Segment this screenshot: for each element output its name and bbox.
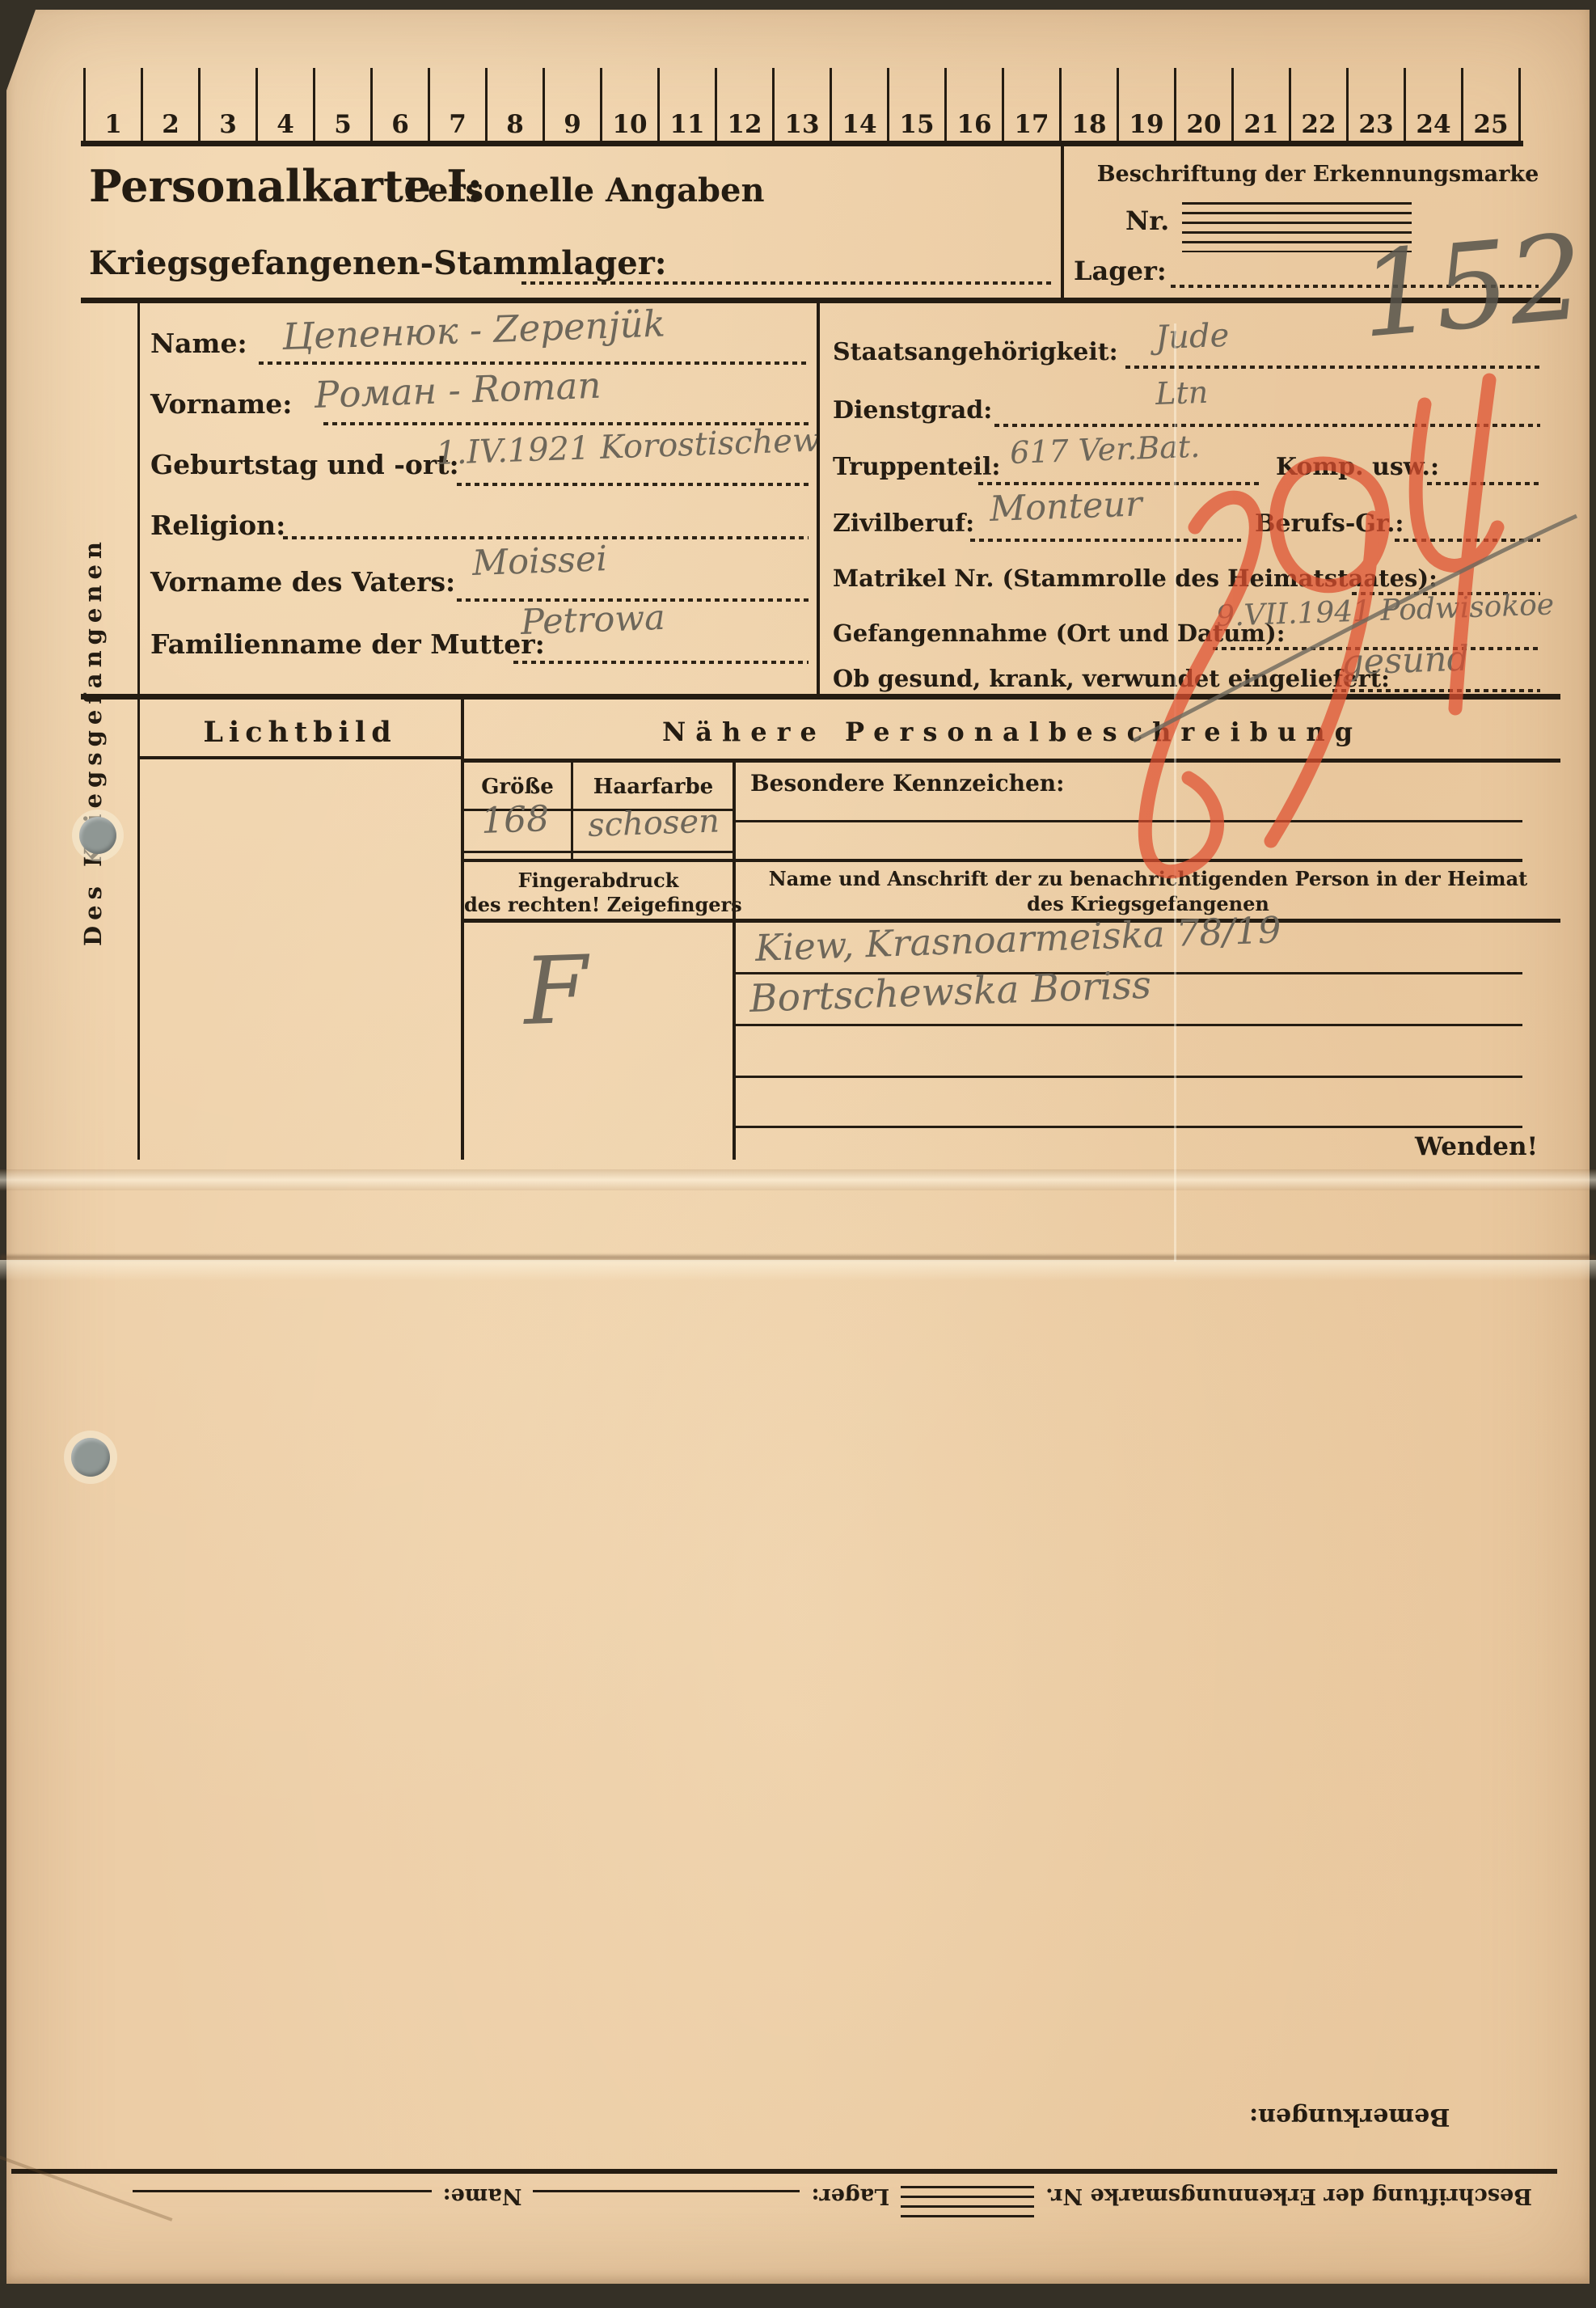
nr-label: Nr. <box>1125 205 1169 236</box>
zivilberuf-value: Monteur <box>989 484 1142 530</box>
flipped-footer: Beschriftung der Erkennungsmarke Nr. Lag… <box>77 2183 1532 2229</box>
strip-cell: 21 <box>1231 68 1289 141</box>
mutter-label: Familienname der Mutter: <box>150 628 545 660</box>
strip-cell: 24 <box>1404 68 1461 141</box>
dienstgrad-value: Ltn <box>1155 374 1208 412</box>
strip-cell: 2 <box>141 68 198 141</box>
gesund-label: Ob gesund, krank, verwundet eingeliefert… <box>833 665 1390 692</box>
name-label: Name: <box>150 328 247 359</box>
punch-hole-bottom <box>71 1438 110 1477</box>
flipped-erkennungsmarke-label: Beschriftung der Erkennungsmarke Nr. <box>1045 2183 1532 2209</box>
haarfarbe-label: Haarfarbe <box>574 775 733 799</box>
strip-cell: 1 <box>83 68 141 141</box>
strip-cell: 20 <box>1174 68 1231 141</box>
strip-cell: 23 <box>1346 68 1404 141</box>
dienstgrad-label: Dienstgrad: <box>833 396 992 425</box>
strip-cell: 14 <box>830 68 887 141</box>
contact-rule-3 <box>733 1076 1522 1078</box>
name-line <box>259 361 809 365</box>
strip-cell: 22 <box>1289 68 1346 141</box>
flipped-lager-label: Lager: <box>812 2183 890 2209</box>
komp-line <box>1427 482 1540 485</box>
strip-cell: 12 <box>715 68 772 141</box>
kennzeichen-rule-1 <box>733 820 1522 822</box>
vater-label: Vorname des Vaters: <box>150 566 455 598</box>
lichtbild-divider <box>461 700 464 1160</box>
personalbeschreibung-underline <box>464 759 1560 763</box>
strip-cell: 16 <box>944 68 1002 141</box>
strip-cell: 4 <box>255 68 313 141</box>
truppenteil-value: 617 Ver.Bat. <box>1009 429 1200 471</box>
left-rail-rule <box>137 303 140 1160</box>
contact-header-2: des Kriegsgefangenen <box>736 892 1560 915</box>
strip-cell: 18 <box>1059 68 1117 141</box>
scanned-pow-card: 1 2 3 4 5 6 7 8 9 10 11 12 13 14 15 16 1… <box>0 0 1596 2308</box>
contact-rule-2 <box>733 1024 1522 1026</box>
flipped-nr-lines <box>901 2183 1034 2217</box>
field-column-divider <box>817 303 820 694</box>
flipped-name-label: Name: <box>443 2183 522 2209</box>
religion-label: Religion: <box>150 509 285 541</box>
komp-label: Komp. usw.: <box>1276 453 1439 481</box>
lichtbild-underline <box>139 756 462 759</box>
geburtstag-label: Geburtstag und -ort: <box>150 449 459 480</box>
religion-line <box>283 536 809 539</box>
left-rail-text: Des Kriegsgefangenen <box>79 526 107 946</box>
lichtbild-label: Lichtbild <box>141 716 458 749</box>
zivilberuf-label: Zivilberuf: <box>833 509 974 538</box>
personalbeschreibung-label: Nähere Personalbeschreibung <box>464 716 1560 747</box>
truppenteil-label: Truppenteil: <box>833 453 1000 481</box>
fingerabdruck-label-2: des rechten! Zeigefingers <box>464 893 733 916</box>
mutter-value: Petrowa <box>520 598 665 643</box>
fields-bottom-rule <box>81 694 1560 700</box>
vorname-label: Vorname: <box>150 388 292 420</box>
wenden-label: Wenden! <box>1415 1132 1538 1161</box>
staats-value: Jude <box>1155 317 1230 357</box>
lager-label: Lager: <box>1074 256 1167 286</box>
camp-number-pencil: 152 <box>1354 209 1589 365</box>
flipped-lager-line <box>534 2190 800 2192</box>
groesse-value: 168 <box>480 798 550 842</box>
header-divider <box>1061 146 1064 299</box>
stammlager-line <box>521 281 1051 285</box>
berufsgr-line <box>1395 539 1540 542</box>
zivilberuf-line <box>970 539 1241 542</box>
strip-cell: 15 <box>887 68 944 141</box>
footer-top-rule <box>11 2169 1557 2174</box>
kennzeichen-rule-2 <box>464 859 1522 862</box>
gesund-line <box>1332 689 1540 692</box>
punch-hole-top <box>79 817 116 854</box>
strip-cell: 3 <box>198 68 255 141</box>
contact-rule-4 <box>733 1126 1522 1128</box>
strip-cell: 11 <box>657 68 715 141</box>
vater-value: Moissei <box>471 539 608 584</box>
page-subtitle: Personelle Angaben <box>404 171 765 209</box>
staats-label: Staatsangehörigkeit: <box>833 338 1118 366</box>
strip-cell: 10 <box>600 68 657 141</box>
strip-cell: 5 <box>313 68 370 141</box>
erkennungsmarke-label: Beschriftung der Erkennungsmarke <box>1075 162 1560 187</box>
berufsgr-label: Berufs-Gr.: <box>1255 509 1404 538</box>
strip-cell: 7 <box>428 68 485 141</box>
strip-cell: 6 <box>370 68 428 141</box>
matrikel-label: Matrikel Nr. (Stammrolle des Heimatstaat… <box>833 564 1438 592</box>
bemerkungen-label: Bemerkungen: <box>1249 2103 1450 2131</box>
kennzeichen-label: Besondere Kennzeichen: <box>750 770 1065 797</box>
flipped-name-line <box>133 2190 432 2192</box>
header-bottom-rule <box>81 298 1560 303</box>
strip-cell: 25 <box>1461 68 1521 141</box>
strip-cell: 13 <box>772 68 830 141</box>
staats-line <box>1125 366 1540 369</box>
stammlager-label: Kriegsgefangenen-Stammlager: <box>89 244 667 282</box>
strip-cell: 19 <box>1117 68 1174 141</box>
dienstgrad-line <box>994 424 1540 427</box>
number-strip: 1 2 3 4 5 6 7 8 9 10 11 12 13 14 15 16 1… <box>83 68 1521 141</box>
groesse-value-rule <box>464 851 733 853</box>
geburtstag-line <box>457 483 809 486</box>
strip-cell: 17 <box>1002 68 1059 141</box>
haarfarbe-value: schosen <box>587 802 720 844</box>
strip-bottom-rule <box>81 141 1523 146</box>
strip-cell: 8 <box>485 68 543 141</box>
contact-header-1: Name und Anschrift der zu benachrichtige… <box>736 867 1560 890</box>
mutter-line <box>513 661 809 664</box>
fingerabdruck-label-1: Fingerabdruck <box>464 869 733 892</box>
fingerprint-mark: F <box>521 936 589 1046</box>
groesse-label: Größe <box>464 775 571 799</box>
strip-cell: 9 <box>543 68 600 141</box>
gesund-value: gesund <box>1341 639 1470 683</box>
